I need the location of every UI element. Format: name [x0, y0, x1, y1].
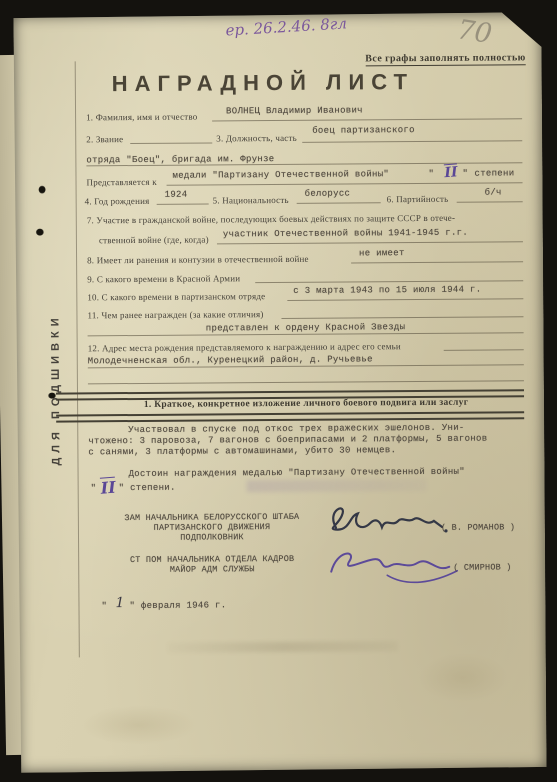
margin-filing-label: ДЛЯ ПОДШИВКИ	[49, 313, 62, 465]
verdict-degree-handwritten: II	[100, 478, 116, 498]
punch-hole	[48, 393, 56, 399]
field-3-value-line1: боец партизанского	[312, 125, 415, 136]
paper-stain	[78, 705, 198, 746]
present-degree-open-quote: "	[428, 169, 434, 179]
field-12-label: 12. Адрес места рождения представляемого…	[88, 341, 401, 353]
scan-background: ер. 26.2.46. 8гл 70 Все графы заполнять …	[0, 0, 557, 782]
field-2-line	[130, 142, 212, 144]
field-1-value: ВОЛНЕЦ Владимир Иванович	[226, 105, 363, 116]
field-3-label: 3. Должность, часть	[216, 133, 297, 144]
field-8-label: 8. Имеет ли ранения и контузии в отечест…	[87, 254, 309, 266]
field-7-line	[217, 241, 523, 244]
citation-line2: чтожено: 3 паровоза, 7 вагонов с боеприп…	[88, 434, 487, 447]
field-2-label: 2. Звание	[86, 134, 123, 144]
field-10-value: с 3 марта 1943 по 15 июля 1944 г.	[293, 285, 481, 296]
present-degree-tail: степени	[474, 168, 514, 178]
field-12-value: Молодечненская обл., Куренецкий район, д…	[88, 354, 373, 366]
field-8-line	[351, 261, 523, 263]
field-10-label: 10. С какого времени в партизанском отря…	[87, 291, 265, 302]
field-11-label: 11. Чем ранее награжден (за какие отличи…	[87, 309, 263, 320]
handwritten-date-note: ер. 26.2.46. 8гл	[225, 14, 347, 39]
margin-fold-line	[75, 61, 80, 657]
present-degree-close-quote: "	[462, 169, 468, 179]
field-1-label: 1. Фамилия, имя и отчество	[86, 112, 197, 123]
field-9-line	[255, 280, 523, 283]
field-4-label: 4. Год рождения	[85, 196, 150, 206]
citation-line3: с санями, 3 платформы с автомашинами, уб…	[88, 445, 396, 457]
field-6-label: 6. Партийность	[387, 194, 449, 204]
signatory-2-name: ( СМИРНОВ )	[453, 562, 511, 572]
date-open-quote: "	[101, 601, 107, 611]
signatory-2-title-line2: МАЙОР АДМ СЛУЖБЫ	[87, 564, 337, 576]
field-7-value: участник Отечественной войны 1941-1945 г…	[223, 228, 468, 240]
present-value: медали "Партизану Отечественной войны"	[172, 169, 389, 181]
page-title: НАГРАДНОЙ ЛИСТ	[14, 68, 512, 97]
field-9-label: 9. С какого времени в Красной Армии	[87, 273, 240, 284]
field-7-label-line2: ственной войне (где, когда)	[99, 234, 209, 245]
paper-stain	[418, 652, 508, 703]
punch-hole	[39, 186, 46, 194]
signatory-1-title-line3: ПОДПОЛКОВНИК	[87, 532, 337, 544]
bleed-through-smudge	[168, 641, 398, 653]
date-day-handwritten: 1	[115, 595, 124, 611]
signatory-1-title: ЗАМ НАЧАЛЬНИКА БЕЛОРУССКОГО ШТАБА ПАРТИЗ…	[87, 512, 337, 544]
verdict-line1: Достоин награждения медалью "Партизану О…	[129, 467, 465, 479]
verdict-tail: " степени.	[119, 483, 176, 493]
award-sheet-page: ер. 26.2.46. 8гл 70 Все графы заполнять …	[13, 12, 546, 773]
faded-stamp-residue	[247, 479, 427, 492]
blank-line	[88, 380, 524, 384]
field-3-line	[302, 140, 522, 143]
pencil-page-number: 70	[455, 14, 494, 50]
smirnov-signature-ink	[317, 541, 467, 592]
present-degree-handwritten: II	[444, 164, 458, 181]
field-6-value: б/ч	[485, 187, 502, 197]
field-7-label-line1: 7. Участие в гражданской войне, последую…	[87, 213, 455, 226]
punch-hole	[36, 229, 44, 236]
field-12-line	[444, 349, 524, 351]
section-rule-bottom	[56, 411, 524, 422]
field-10-line	[287, 298, 523, 301]
field-8-value: не имеет	[359, 248, 405, 258]
romanov-signature-ink	[322, 499, 452, 544]
date-tail: " февраля 1946 г.	[129, 600, 226, 611]
field-6-line	[457, 201, 523, 202]
fill-instruction: Все графы заполнять полностью	[365, 52, 525, 66]
field-5-value: белорусс	[305, 189, 351, 199]
field-4-value: 1924	[165, 190, 188, 200]
field-4-line	[157, 203, 209, 204]
section-heading: 1. Краткое, конкретное изложение личного…	[88, 397, 524, 410]
field-11-line	[281, 316, 523, 319]
field-5-label: 5. Национальность	[213, 195, 289, 206]
signatory-1-name: ( В. РОМАНОВ )	[441, 522, 515, 533]
verdict-open-quote: "	[91, 483, 97, 493]
present-label: Представляется к	[86, 177, 156, 187]
signatory-2-title: СТ ПОМ НАЧАЛЬНИКА ОТДЕЛА КАДРОВ МАЙОР АД…	[87, 554, 337, 576]
field-1-line	[212, 118, 522, 121]
field-5-line	[297, 202, 381, 204]
present-line	[167, 182, 523, 185]
